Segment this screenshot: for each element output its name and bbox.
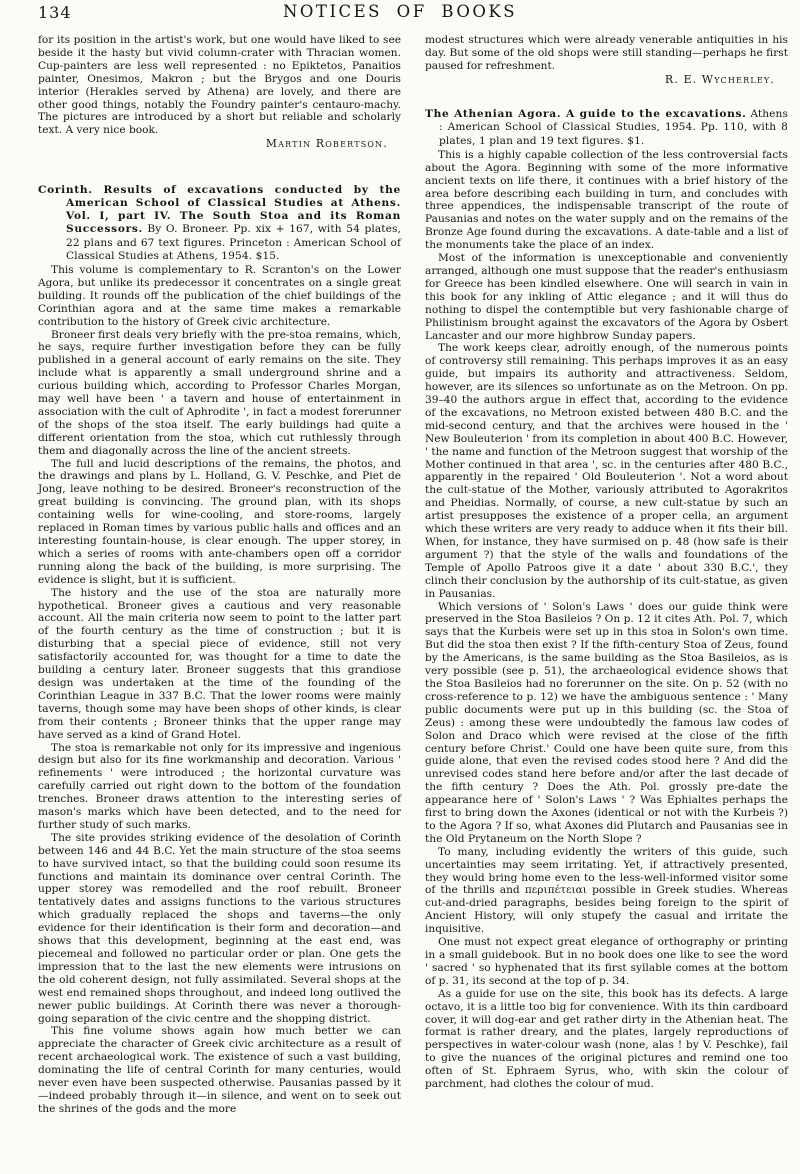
review-paragraph: Which versions of ' Solon's Laws ' does …: [425, 601, 788, 846]
reviewer-signature-robertson: Martin Robertson.: [38, 137, 401, 151]
page-header: 134 NOTICES OF BOOKS: [0, 0, 800, 28]
two-column-layout: for its position in the artist's work, b…: [0, 28, 800, 1116]
review-paragraph: The history and the use of the stoa are …: [38, 587, 401, 742]
review-paragraph: This is a highly capable collection of t…: [425, 149, 788, 252]
book-heading-athenian-agora: The Athenian Agora. A guide to the excav…: [425, 108, 788, 148]
review-paragraph: Most of the information is unexceptionab…: [425, 252, 788, 342]
review-paragraph: The work keeps clear, adroitly enough, o…: [425, 342, 788, 600]
review-paragraph: This volume is complementary to R. Scran…: [38, 264, 401, 329]
book-title-athenian-agora: The Athenian Agora. A guide to the excav…: [425, 108, 747, 120]
left-column: for its position in the artist's work, b…: [38, 34, 401, 1116]
review-paragraph: As a guide for use on the site, this boo…: [425, 988, 788, 1091]
book-heading-corinth: Corinth. Results of excavations conducte…: [38, 184, 401, 263]
reviewer-signature-wycherley: R. E. Wycherley.: [425, 73, 788, 87]
review-paragraph: Broneer first deals very briefly with th…: [38, 329, 401, 458]
continuation-paragraph: modest structures which were already ven…: [425, 34, 788, 73]
review-paragraph: To many, including evidently the writers…: [425, 846, 788, 936]
running-title: NOTICES OF BOOKS: [0, 2, 800, 21]
review-paragraph: The full and lucid descriptions of the r…: [38, 458, 401, 587]
review-paragraph: This fine volume shows again how much be…: [38, 1025, 401, 1115]
continuation-paragraph: for its position in the artist's work, b…: [38, 34, 401, 137]
review-paragraph: The stoa is remarkable not only for its …: [38, 742, 401, 832]
review-paragraph: One must not expect great elegance of or…: [425, 936, 788, 988]
journal-page: 134 NOTICES OF BOOKS for its position in…: [0, 0, 800, 1174]
right-column: modest structures which were already ven…: [425, 34, 788, 1116]
review-paragraph: The site provides striking evidence of t…: [38, 832, 401, 1026]
